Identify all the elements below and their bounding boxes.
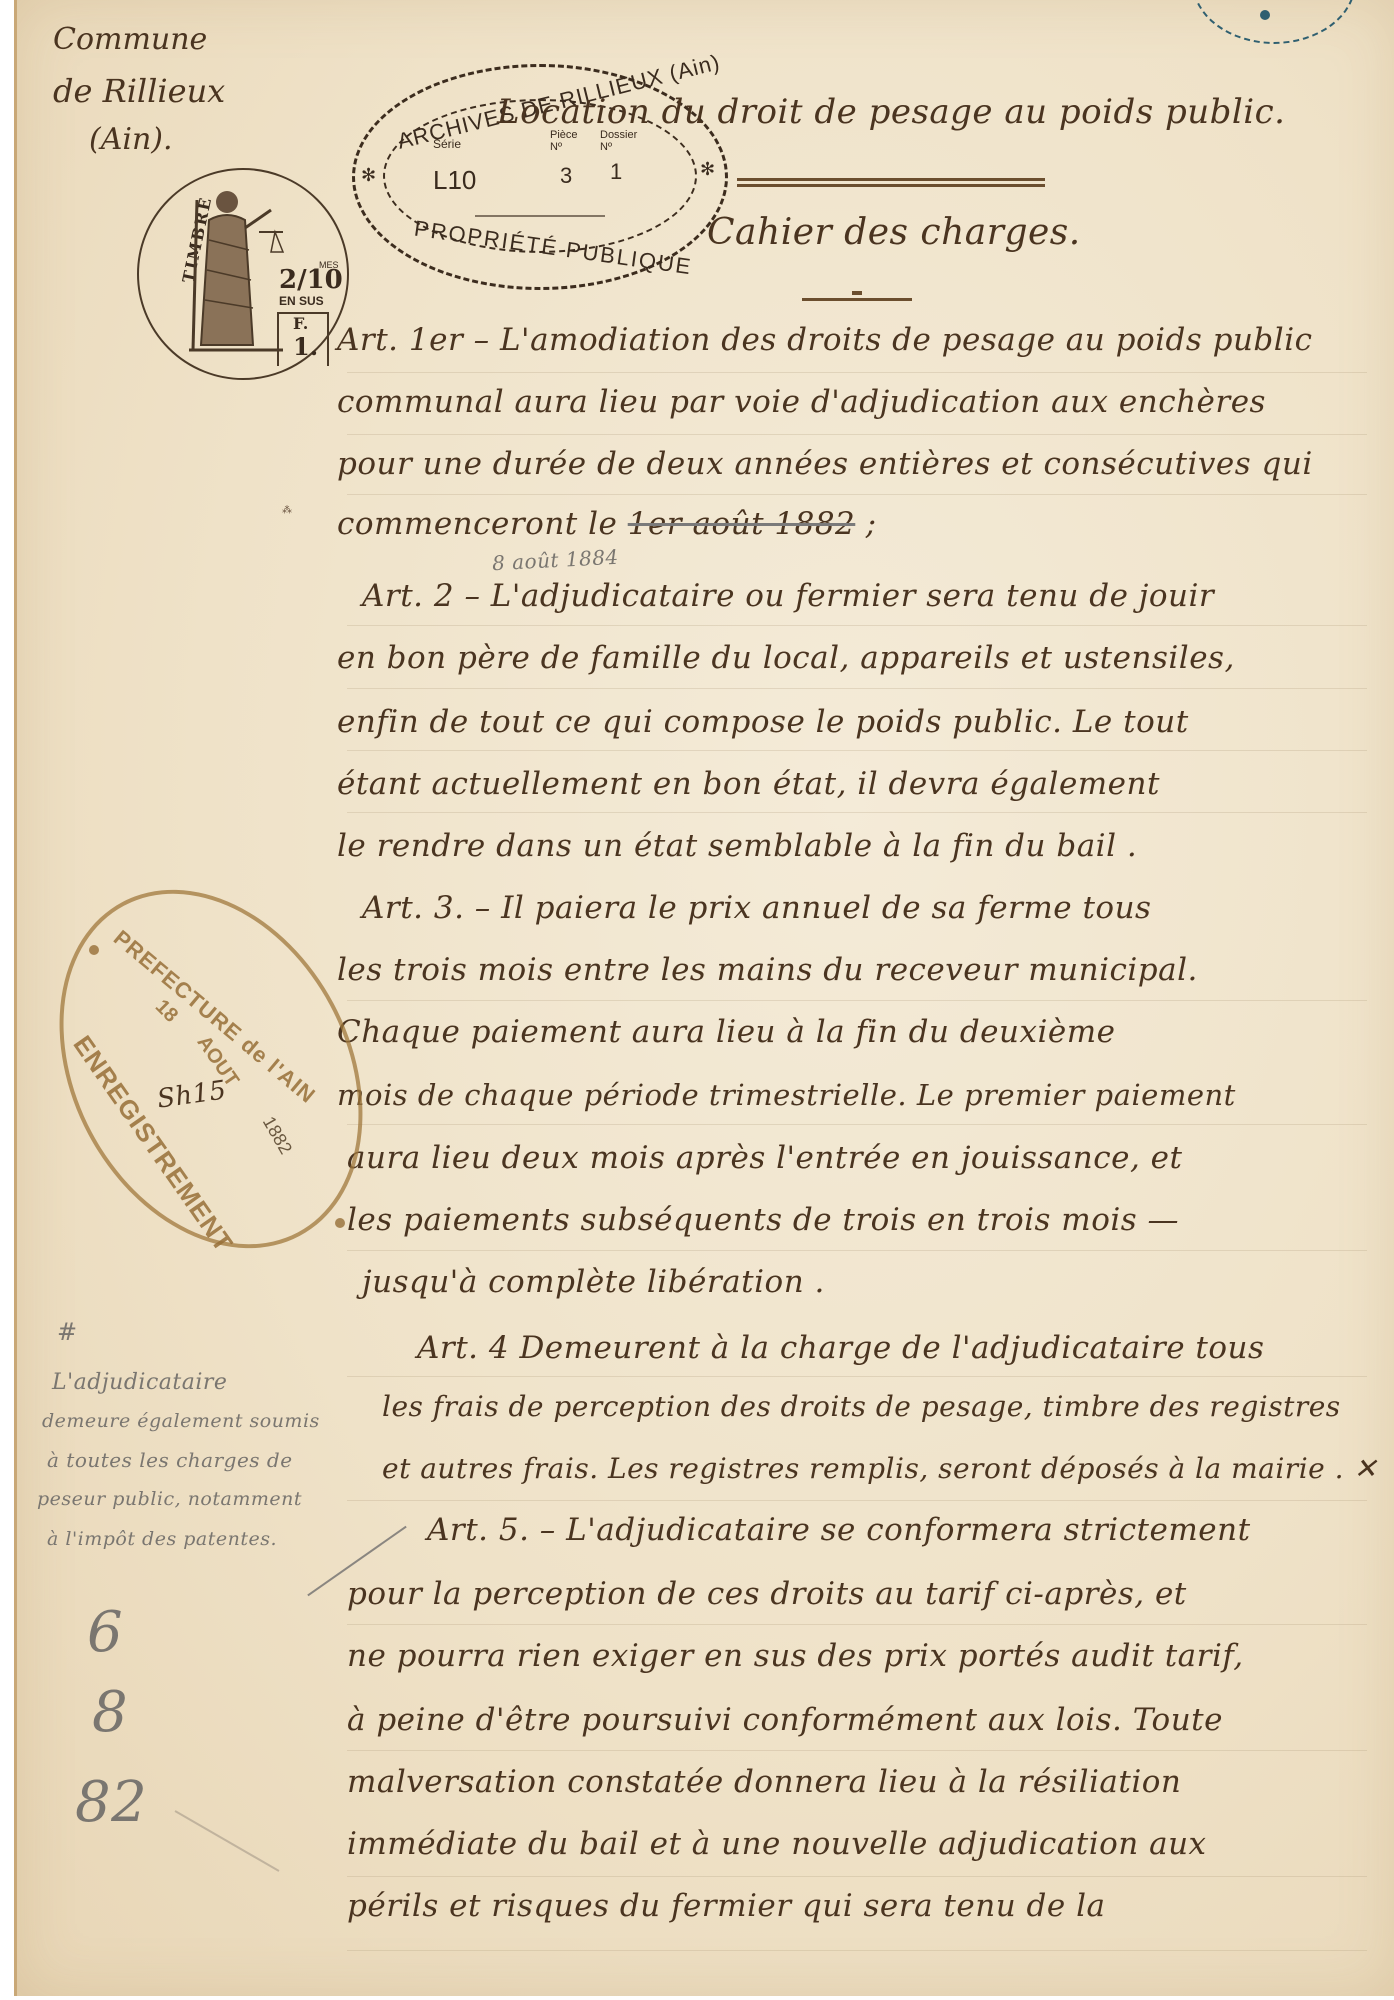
margin-note-line-2: demeure également soumis (42, 1410, 320, 1432)
dossier-label: Dossier Nº (600, 129, 650, 153)
star-icon: ✻ (700, 159, 715, 180)
ruled-line (347, 1376, 1367, 1377)
star-icon: ✻ (361, 165, 376, 186)
registration-stamp-dot (89, 945, 99, 955)
timbre-en-sus: EN SUS (279, 294, 324, 308)
piece-value: 3 (560, 163, 572, 189)
serie-label: Série (433, 137, 461, 151)
ruled-line (347, 1250, 1367, 1251)
blue-stamp-fragment (1192, 0, 1356, 44)
art5-line-3: ne pourra rien exiger en sus des prix po… (347, 1638, 1244, 1674)
ruled-line (347, 688, 1367, 689)
ruled-line (347, 625, 1367, 626)
art5-line-7: périls et risques du fermier qui sera te… (347, 1888, 1105, 1924)
art1-line-1: Art. 1er – L'amodiation des droits de pe… (337, 322, 1312, 358)
margin-mark: # (57, 1318, 78, 1346)
ruled-line (347, 1750, 1367, 1751)
art2-line-5: le rendre dans un état semblable à la fi… (337, 828, 1137, 864)
art5-line-5: malversation constatée donnera lieu à la… (347, 1764, 1181, 1800)
art3-line-3: Chaque paiement aura lieu à la fin du de… (337, 1014, 1115, 1050)
art3-line-5: aura lieu deux mois après l'entrée en jo… (347, 1140, 1182, 1176)
ruled-line (347, 494, 1367, 495)
timbre-fraction-sup: MES (319, 260, 339, 270)
commune-name: de Rillieux (53, 72, 225, 110)
timbre-value-amount: 1. (293, 332, 318, 361)
margin-number-6: 6 (87, 1600, 123, 1665)
art2-line-4: étant actuellement en bon état, il devra… (337, 766, 1160, 802)
commune-department: (Ain). (89, 122, 173, 157)
ruled-line (347, 1624, 1367, 1625)
art2-line-3: enfin de tout ce qui compose le poids pu… (337, 704, 1189, 740)
struck-date: 1er août 1882 (628, 506, 856, 542)
dossier-value: 1 (610, 159, 622, 185)
art4-line-2: les frais de perception des droits de pe… (382, 1390, 1341, 1423)
art4-line-3: et autres frais. Les registres remplis, … (382, 1452, 1377, 1485)
art1-line-2: communal aura lieu par voie d'adjudicati… (337, 384, 1266, 420)
margin-note-line-1: L'adjudicataire (52, 1370, 227, 1395)
subtitle-rule (802, 298, 912, 301)
art3-line-2: les trois mois entre les mains du receve… (337, 952, 1198, 988)
ruled-line (347, 1500, 1367, 1501)
document-page: Commune de Rillieux (Ain). TIMBRE 2/10 M… (14, 0, 1394, 1996)
margin-note-line-4: peseur public, notamment (37, 1488, 302, 1510)
timbre-value-box: F. 1. (277, 312, 329, 366)
timbre-value-unit: F. (293, 314, 308, 333)
justice-figure-icon (179, 180, 289, 360)
ruled-line (347, 372, 1367, 373)
archives-stamp-flourish (475, 215, 605, 217)
pencil-stroke (175, 1810, 280, 1872)
art3-line-4: mois de chaque période trimestrielle. Le… (337, 1078, 1236, 1112)
ruled-line (347, 812, 1367, 813)
art5-line-6: immédiate du bail et à une nouvelle adju… (347, 1826, 1207, 1862)
date-correction: 8 août 1884 (491, 545, 619, 576)
smudge-mark: ⁂ (282, 505, 342, 517)
ruled-line (347, 1950, 1367, 1951)
art4-line-1: Art. 4 Demeurent à la charge de l'adjudi… (417, 1330, 1264, 1366)
art2-line-2: en bon père de famille du local, apparei… (337, 640, 1235, 676)
ruled-line (347, 1124, 1367, 1125)
fiscal-stamp: TIMBRE 2/10 MES EN SUS F. 1. (137, 168, 349, 380)
art3-line-6: les paiements subséquents de trois en tr… (347, 1202, 1179, 1238)
art1-line-3: pour une durée de deux années entières e… (337, 446, 1313, 482)
art3-line-7: jusqu'à complète libération . (362, 1264, 825, 1300)
art5-line-2: pour la perception de ces droits au tari… (347, 1576, 1187, 1612)
title-double-rule (737, 178, 1045, 181)
margin-note-line-3: à toutes les charges de (47, 1448, 293, 1472)
ruled-line (347, 1876, 1367, 1877)
blue-stamp-dot (1260, 10, 1270, 20)
margin-number-8: 8 (92, 1680, 128, 1745)
piece-label: Pièce Nº (550, 129, 590, 153)
ruled-line (347, 750, 1367, 751)
subtitle-rule-mark (852, 291, 862, 295)
margin-note-line-5: à l'impôt des patentes. (47, 1528, 277, 1550)
art5-line-1: Art. 5. – L'adjudicataire se conformera … (427, 1512, 1251, 1548)
art5-line-4: à peine d'être poursuivi conformément au… (347, 1702, 1223, 1738)
margin-number-82: 82 (75, 1770, 147, 1835)
art2-line-1: Art. 2 – L'adjudicataire ou fermier sera… (362, 578, 1214, 614)
document-subtitle: Cahier des charges. (707, 212, 1081, 253)
registration-stamp-dot (335, 1218, 345, 1228)
title-double-rule (737, 184, 1045, 187)
serie-value: L10 (433, 165, 476, 196)
art3-line-1: Art. 3. – Il paiera le prix annuel de sa… (362, 890, 1151, 926)
ruled-line (347, 434, 1367, 435)
document-title: Location du droit de pesage au poids pub… (497, 92, 1286, 132)
commune-label: Commune (53, 22, 207, 57)
ruled-line (347, 1000, 1367, 1001)
art1-line-4: commenceront le 1er août 1882 ; (337, 506, 877, 542)
